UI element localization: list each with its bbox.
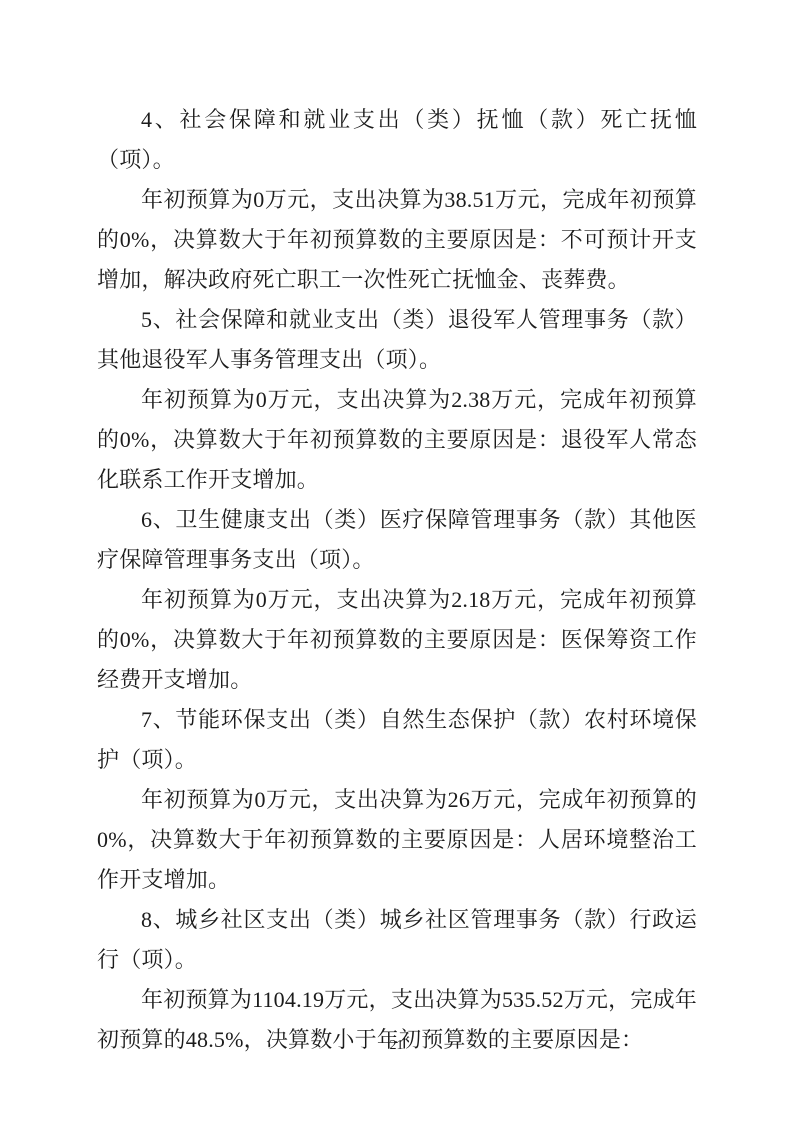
- document-page: 4、社会保障和就业支出（类）抚恤（款）死亡抚恤（项）。 年初预算为0万元，支出决…: [0, 0, 793, 1122]
- section-4-body: 年初预算为0万元，支出决算为38.51万元，完成年初预算的0%，决算数大于年初预…: [97, 180, 697, 300]
- section-5-body: 年初预算为0万元，支出决算为2.38万元，完成年初预算的0%，决算数大于年初预算…: [97, 380, 697, 500]
- section-4-heading: 4、社会保障和就业支出（类）抚恤（款）死亡抚恤（项）。: [97, 100, 697, 180]
- document-body: 4、社会保障和就业支出（类）抚恤（款）死亡抚恤（项）。 年初预算为0万元，支出决…: [97, 100, 697, 1060]
- section-8-heading: 8、城乡社区支出（类）城乡社区管理事务（款）行政运行（项）。: [97, 900, 697, 980]
- section-5-heading: 5、社会保障和就业支出（类）退役军人管理事务（款）其他退役军人事务管理支出（项）…: [97, 300, 697, 380]
- section-6-heading: 6、卫生健康支出（类）医疗保障管理事务（款）其他医疗保障管理事务支出（项）。: [97, 500, 697, 580]
- page-number: 21: [0, 1036, 793, 1056]
- section-7-body: 年初预算为0万元，支出决算为26万元，完成年初预算的0%，决算数大于年初预算数的…: [97, 780, 697, 900]
- section-6-body: 年初预算为0万元，支出决算为2.18万元，完成年初预算的0%，决算数大于年初预算…: [97, 580, 697, 700]
- section-7-heading: 7、节能环保支出（类）自然生态保护（款）农村环境保护（项）。: [97, 700, 697, 780]
